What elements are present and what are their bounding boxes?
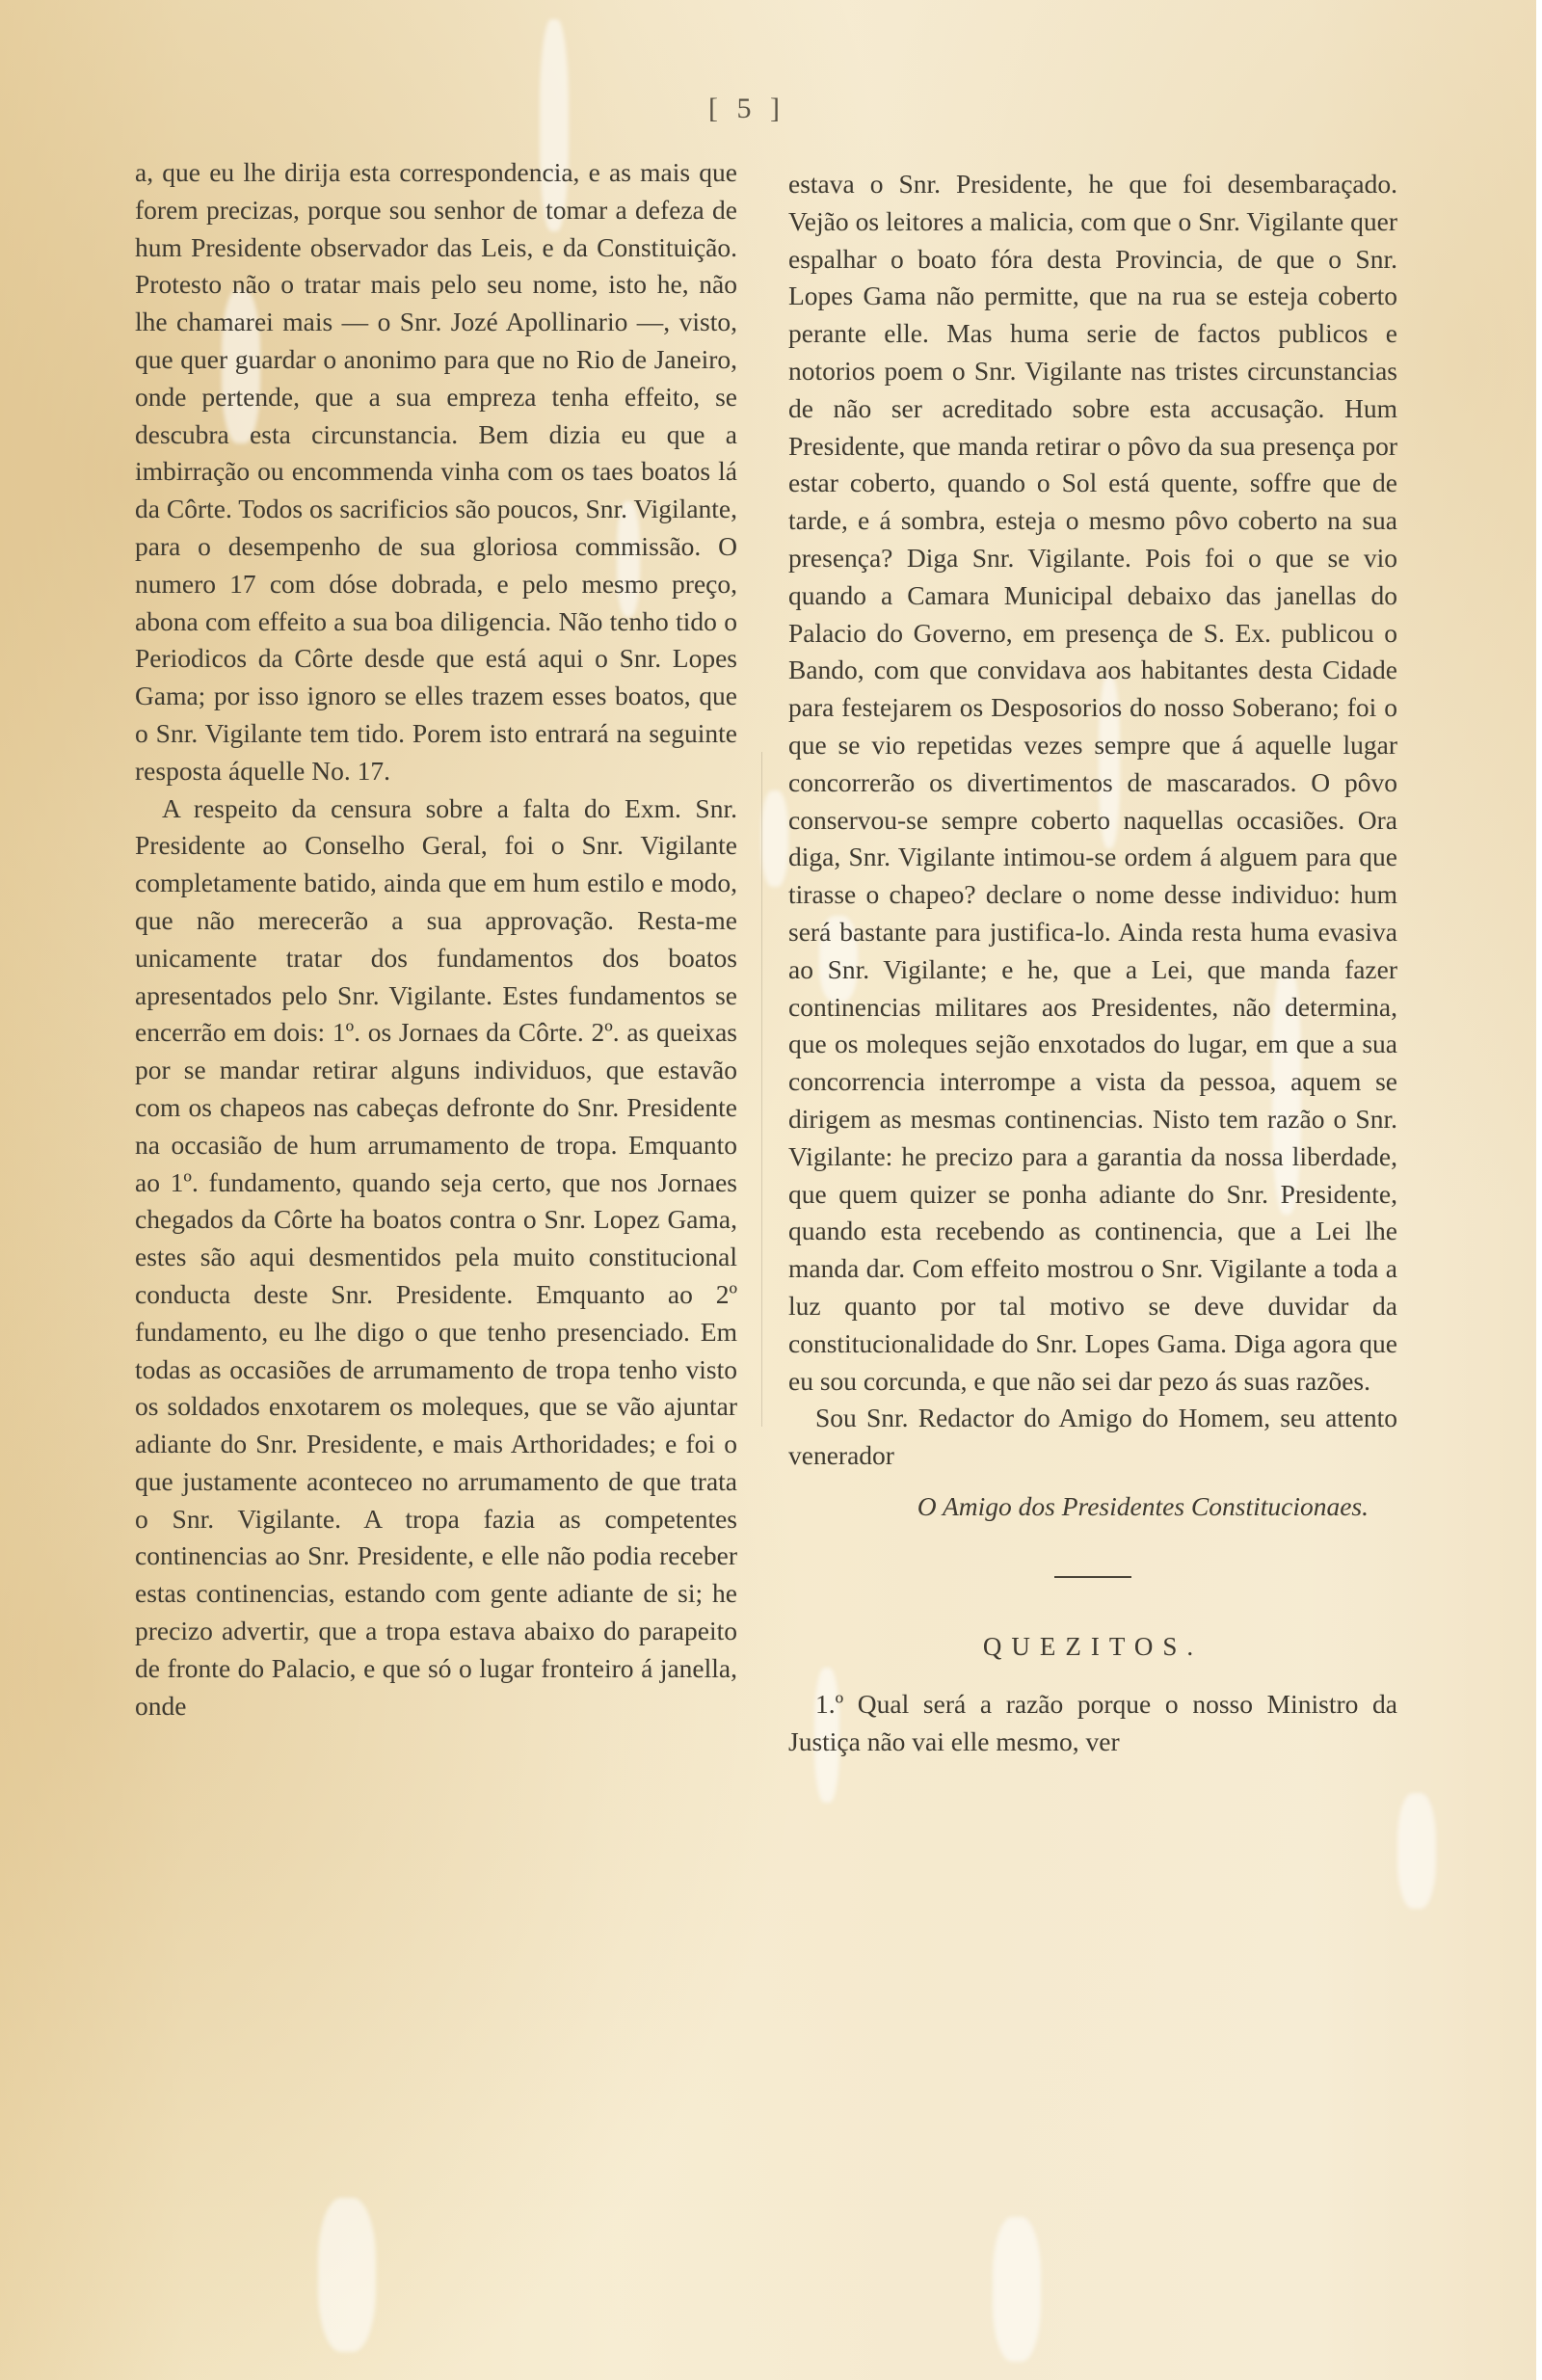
paper-damage-mark (318, 2198, 376, 2352)
section-heading: QUEZITOS. (788, 1628, 1397, 1666)
section-rule (1054, 1576, 1131, 1578)
right-paragraph-1: estava o Snr. Presidente, he que foi des… (788, 166, 1397, 1400)
page-number: [ 5 ] (708, 93, 785, 125)
closing-salutation: Sou Snr. Redactor do Amigo do Homem, seu… (788, 1400, 1397, 1475)
paper-damage-mark (993, 2217, 1041, 2362)
paper-damage-mark (761, 790, 788, 887)
right-column: estava o Snr. Presidente, he que foi des… (788, 166, 1397, 1761)
signature: O Amigo dos Presidentes Constitucionaes. (788, 1488, 1397, 1526)
scan-margin (1536, 0, 1542, 2380)
left-paragraph-2: A respeito da censura sobre a falta do E… (135, 790, 737, 1725)
left-column: a, que eu lhe dirija esta correspondenci… (135, 154, 737, 1725)
paper-damage-mark (1397, 1793, 1436, 1909)
quezito-item-1: 1.º Qual será a razão porque o nosso Min… (788, 1686, 1397, 1761)
column-divider (761, 752, 762, 1427)
left-paragraph-1: a, que eu lhe dirija esta correspondenci… (135, 154, 737, 790)
